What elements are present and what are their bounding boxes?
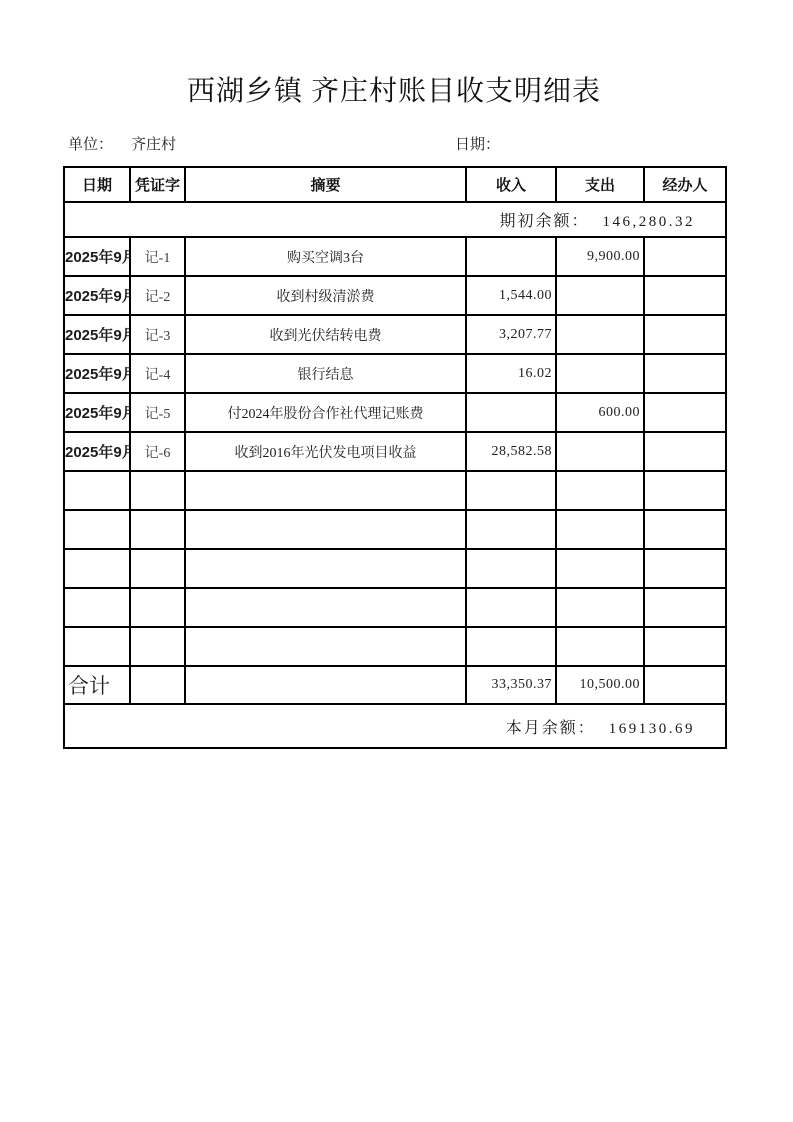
date-cell: 2025年9月 — [64, 432, 130, 471]
date-cell — [64, 471, 130, 510]
header-row: 日期 凭证字 摘要 收入 支出 经办人 — [64, 167, 726, 202]
header-income: 收入 — [466, 167, 556, 202]
table-row: 2025年9月 记-1 购买空调3台 9,900.00 — [64, 237, 726, 276]
summary-cell: 购买空调3台 — [185, 237, 466, 276]
table-row: 2025年9月 记-2 收到村级清淤费 1,544.00 — [64, 276, 726, 315]
handler-cell — [644, 471, 726, 510]
handler-cell — [644, 393, 726, 432]
income-cell: 28,582.58 — [466, 432, 556, 471]
handler-cell — [644, 627, 726, 666]
summary-cell: 付2024年股份合作社代理记账费 — [185, 393, 466, 432]
meta-row: 单位：齐庄村 日期： — [63, 133, 725, 153]
income-cell — [466, 510, 556, 549]
summary-cell: 收到光伏结转电费 — [185, 315, 466, 354]
voucher-cell — [130, 510, 185, 549]
date-cell: 2025年9月 — [64, 237, 130, 276]
closing-balance-label: 本月余额： — [506, 720, 596, 737]
summary-cell: 银行结息 — [185, 354, 466, 393]
table-row-empty — [64, 588, 726, 627]
voucher-cell — [130, 627, 185, 666]
date-cell: 2025年9月 — [64, 276, 130, 315]
summary-cell: 收到2016年光伏发电项目收益 — [185, 432, 466, 471]
handler-cell — [644, 588, 726, 627]
voucher-cell: 记-5 — [130, 393, 185, 432]
date-cell — [64, 510, 130, 549]
page-title: 西湖乡镇 齐庄村账目收支明细表 — [63, 76, 725, 108]
income-cell — [466, 627, 556, 666]
summary-cell — [185, 510, 466, 549]
total-label-cell: 合计 — [64, 666, 130, 704]
closing-balance-value: 169130.69 — [609, 721, 695, 737]
income-cell — [466, 588, 556, 627]
date-label: 日期： — [455, 137, 500, 153]
expense-cell — [556, 315, 644, 354]
table-row-empty — [64, 510, 726, 549]
income-cell — [466, 237, 556, 276]
income-cell — [466, 549, 556, 588]
handler-cell — [644, 315, 726, 354]
total-handler-cell — [644, 666, 726, 704]
expense-cell — [556, 432, 644, 471]
table-row: 2025年9月 记-4 银行结息 16.02 — [64, 354, 726, 393]
header-voucher: 凭证字 — [130, 167, 185, 202]
voucher-cell — [130, 588, 185, 627]
table-row-empty — [64, 627, 726, 666]
closing-balance-cell: 本月余额：169130.69 — [64, 704, 726, 748]
expense-cell — [556, 354, 644, 393]
summary-cell — [185, 471, 466, 510]
date-cell: 2025年9月 — [64, 393, 130, 432]
date-cell: 2025年9月 — [64, 315, 130, 354]
date-group: 日期： — [455, 133, 500, 154]
closing-balance-row: 本月余额：169130.69 — [64, 704, 726, 748]
summary-cell — [185, 549, 466, 588]
ledger-page: 西湖乡镇 齐庄村账目收支明细表 单位：齐庄村 日期： 日期 凭证字 摘要 收入 … — [0, 0, 793, 1122]
opening-balance-cell: 期初余额：146,280.32 — [64, 202, 726, 237]
voucher-cell: 记-4 — [130, 354, 185, 393]
expense-cell — [556, 588, 644, 627]
voucher-cell: 记-2 — [130, 276, 185, 315]
voucher-cell — [130, 549, 185, 588]
income-cell — [466, 471, 556, 510]
header-handler: 经办人 — [644, 167, 726, 202]
date-cell: 2025年9月 — [64, 354, 130, 393]
income-cell: 1,544.00 — [466, 276, 556, 315]
date-cell — [64, 588, 130, 627]
expense-cell — [556, 471, 644, 510]
income-cell: 3,207.77 — [466, 315, 556, 354]
expense-cell: 9,900.00 — [556, 237, 644, 276]
opening-balance-value: 146,280.32 — [603, 214, 696, 230]
unit-value: 齐庄村 — [131, 137, 176, 153]
table-row: 2025年9月 记-6 收到2016年光伏发电项目收益 28,582.58 — [64, 432, 726, 471]
voucher-cell — [130, 471, 185, 510]
handler-cell — [644, 510, 726, 549]
table-row-empty — [64, 549, 726, 588]
expense-cell — [556, 627, 644, 666]
expense-cell — [556, 276, 644, 315]
handler-cell — [644, 276, 726, 315]
header-date: 日期 — [64, 167, 130, 202]
summary-cell — [185, 588, 466, 627]
handler-cell — [644, 237, 726, 276]
handler-cell — [644, 354, 726, 393]
income-cell: 16.02 — [466, 354, 556, 393]
total-row: 合计 33,350.37 10,500.00 — [64, 666, 726, 704]
voucher-cell: 记-1 — [130, 237, 185, 276]
handler-cell — [644, 432, 726, 471]
opening-balance-row: 期初余额：146,280.32 — [64, 202, 726, 237]
expense-cell — [556, 510, 644, 549]
summary-cell — [185, 627, 466, 666]
handler-cell — [644, 549, 726, 588]
date-cell — [64, 627, 130, 666]
expense-cell — [556, 549, 644, 588]
table-row: 2025年9月 记-5 付2024年股份合作社代理记账费 600.00 — [64, 393, 726, 432]
expense-cell: 600.00 — [556, 393, 644, 432]
table-row: 2025年9月 记-3 收到光伏结转电费 3,207.77 — [64, 315, 726, 354]
table-row-empty — [64, 471, 726, 510]
total-summary-cell — [185, 666, 466, 704]
summary-cell: 收到村级清淤费 — [185, 276, 466, 315]
header-expense: 支出 — [556, 167, 644, 202]
total-income-cell: 33,350.37 — [466, 666, 556, 704]
ledger-table: 日期 凭证字 摘要 收入 支出 经办人 期初余额：146,280.32 2025… — [63, 166, 727, 749]
header-summary: 摘要 — [185, 167, 466, 202]
date-cell — [64, 549, 130, 588]
voucher-cell: 记-6 — [130, 432, 185, 471]
opening-balance-label: 期初余额： — [499, 213, 589, 230]
income-cell — [466, 393, 556, 432]
unit-label: 单位： — [68, 137, 113, 153]
voucher-cell: 记-3 — [130, 315, 185, 354]
total-voucher-cell — [130, 666, 185, 704]
ledger-content: 西湖乡镇 齐庄村账目收支明细表 单位：齐庄村 日期： 日期 凭证字 摘要 收入 … — [63, 0, 725, 749]
total-expense-cell: 10,500.00 — [556, 666, 644, 704]
